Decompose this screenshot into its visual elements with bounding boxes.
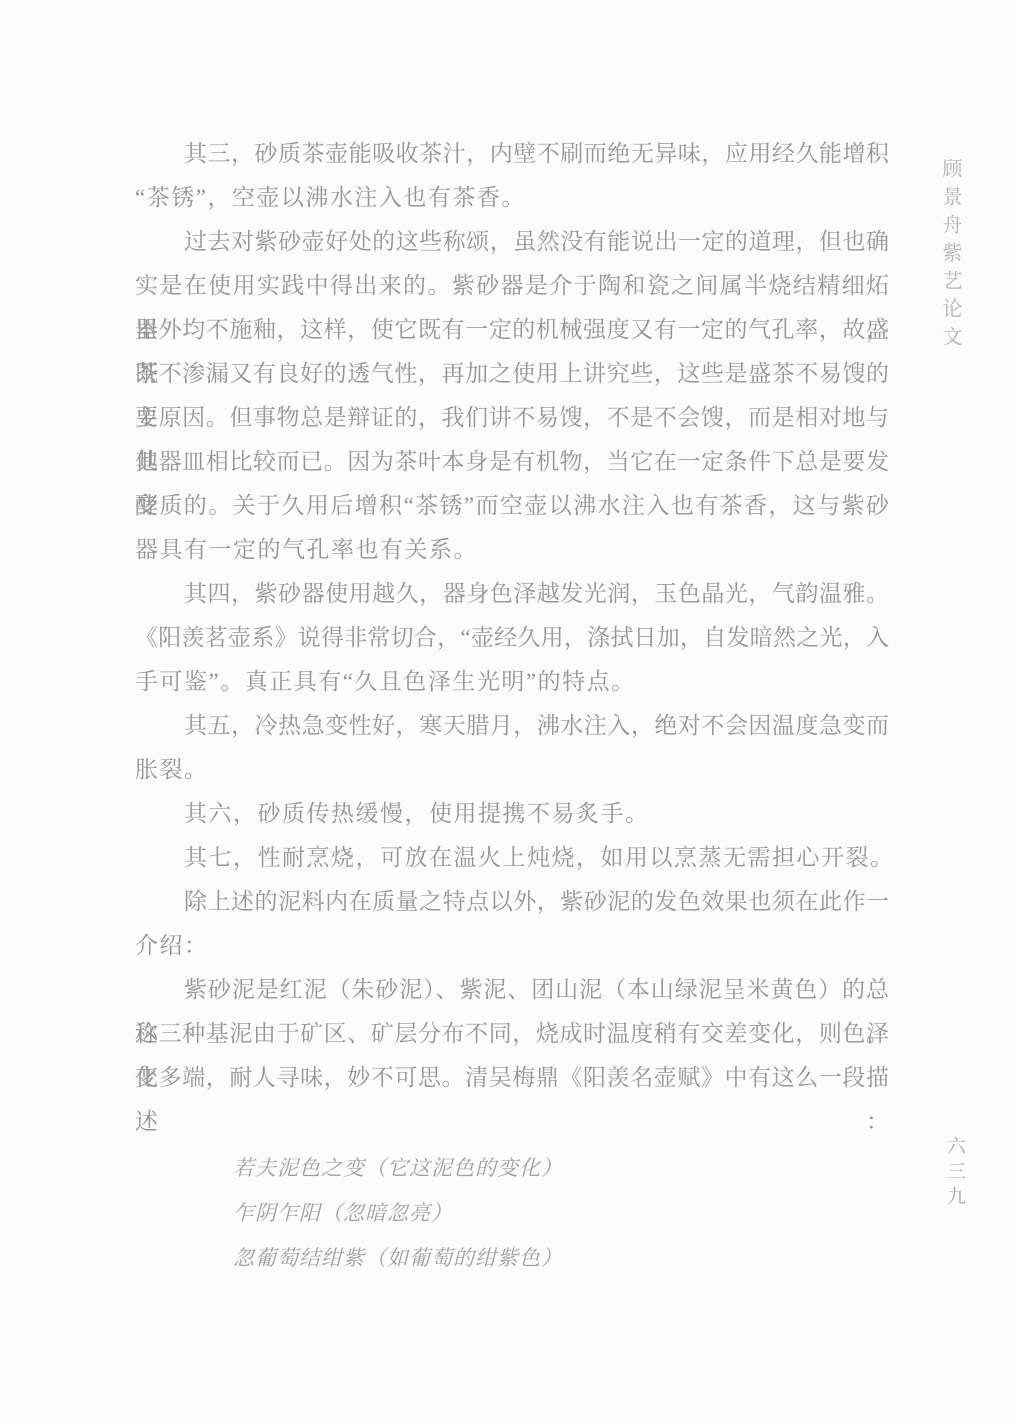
text-line: 他器皿相比较而已。因为茶叶本身是有机物，当它在一定条件下总是要发酵 [135, 440, 889, 484]
text-line: 实是在使用实践中得出来的。紫砂器是介于陶和瓷之间属半烧结精细炻器， [135, 264, 889, 308]
text-line: 要原因。但事物总是辩证的，我们讲不易馊，不是不会馊，而是相对地与其 [135, 396, 889, 440]
text-line: 除上述的泥料内在质量之特点以外，紫砂泥的发色效果也须在此作一 [135, 880, 889, 924]
text-line: 其三，砂质茶壶能吸收茶汁，内壁不刷而绝无异味，应用经久能增积 [135, 132, 889, 176]
poem-line: 忽葡萄结绀紫（如葡萄的绀紫色） [233, 1236, 563, 1281]
poem-line: 若夫泥色之变（它这泥色的变化） [233, 1146, 563, 1191]
body-text: 其三，砂质茶壶能吸收茶汁，内壁不刷而绝无异味，应用经久能增积 “茶锈”，空壶以沸… [135, 132, 889, 1100]
text-line: 其四，紫砂器使用越久，器身色泽越发光润，玉色晶光，气韵温雅。 [135, 572, 889, 616]
running-title-vertical: 顾景舟紫艺论文 [936, 158, 965, 354]
text-line: 其六，砂质传热缓慢，使用提携不易炙手。 [135, 792, 889, 836]
text-line: 化多端，耐人寻味，妙不可思。清吴梅鼎《阳羡名壶赋》中有这么一段描述： [135, 1056, 889, 1100]
text-line: 紫砂泥是红泥（朱砂泥）、紫泥、团山泥（本山绿泥呈米黄色）的总称。 [135, 968, 889, 1012]
text-line: 变质的。关于久用后增积“茶锈”而空壶以沸水注入也有茶香，这与紫砂 [135, 484, 889, 528]
text-line: 胀裂。 [135, 748, 889, 792]
poem-line: 乍阴乍阳（忽暗忽亮） [233, 1191, 563, 1236]
text-line: 介绍： [135, 924, 889, 968]
text-line: 过去对紫砂壶好处的这些称颂，虽然没有能说出一定的道理，但也确 [135, 220, 889, 264]
text-line: 既不渗漏又有良好的透气性，再加之使用上讲究些，这些是盛茶不易馊的主 [135, 352, 889, 396]
text-line: 这三种基泥由于矿区、矿层分布不同，烧成时温度稍有交差变化，则色泽变 [135, 1012, 889, 1056]
text-line: 其七，性耐烹烧，可放在温火上炖烧，如用以烹蒸无需担心开裂。 [135, 836, 889, 880]
text-line: “茶锈”，空壶以沸水注入也有茶香。 [135, 176, 889, 220]
poem-quote-block: 若夫泥色之变（它这泥色的变化） 乍阴乍阳（忽暗忽亮） 忽葡萄结绀紫（如葡萄的绀紫… [233, 1146, 563, 1281]
text-line: 里外均不施釉，这样，使它既有一定的机械强度又有一定的气孔率，故盛茶 [135, 308, 889, 352]
scanned-book-page: 其三，砂质茶壶能吸收茶汁，内壁不刷而绝无异味，应用经久能增积 “茶锈”，空壶以沸… [0, 0, 1016, 1424]
text-line: 器具有一定的气孔率也有关系。 [135, 528, 889, 572]
text-line: 《阳羡茗壶系》说得非常切合，“壶经久用，涤拭日加，自发暗然之光，入 [135, 616, 889, 660]
text-line: 其五，冷热急变性好，寒天腊月，沸水注入，绝对不会因温度急变而 [135, 704, 889, 748]
page-number: 六三九 [941, 1136, 968, 1211]
text-line: 手可鉴”。真正具有“久且色泽生光明”的特点。 [135, 660, 889, 704]
